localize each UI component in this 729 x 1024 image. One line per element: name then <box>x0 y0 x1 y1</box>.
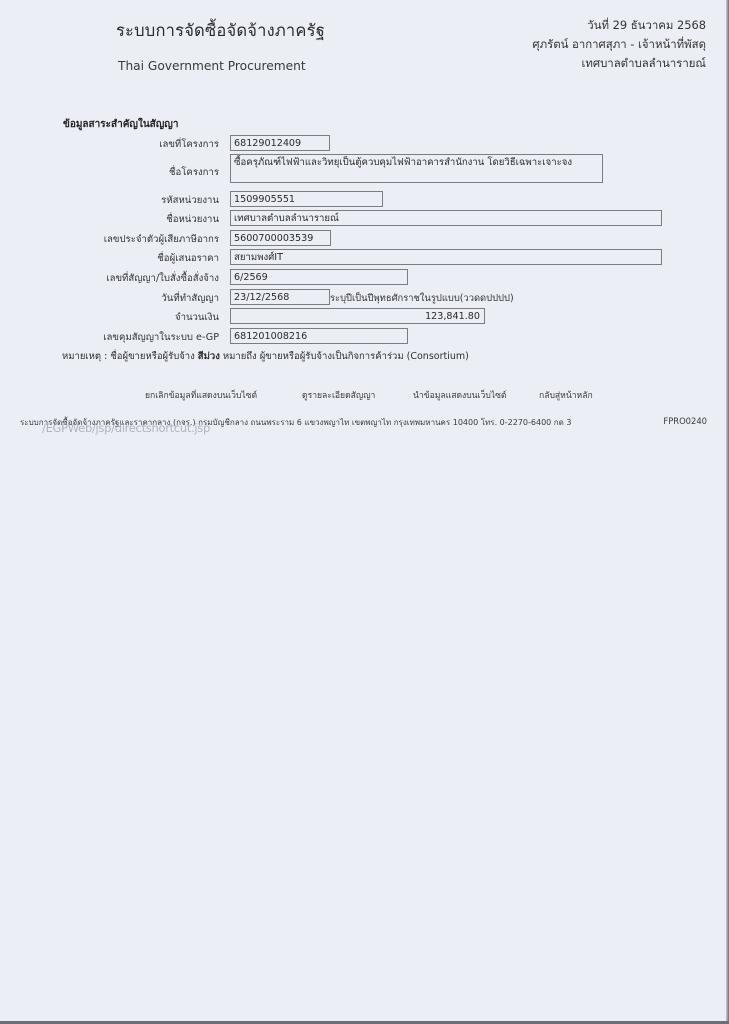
publish-web-display-link[interactable]: นำข้อมูลแสดงบนเว็บไซต์ <box>413 388 507 402</box>
contract-date-field[interactable]: 23/12/2568 <box>230 289 330 305</box>
amount-field[interactable]: 123,841.80 <box>230 308 485 324</box>
officer-name: ศุภรัตน์ อากาศสุภา - เจ้าหน้าที่พัสดุ <box>532 35 706 54</box>
agency-name-field[interactable]: เทศบาลตำบลลำนารายณ์ <box>230 210 662 226</box>
back-to-home-link[interactable]: กลับสู่หน้าหลัก <box>539 388 593 402</box>
form-code: FPRO0240 <box>663 416 707 426</box>
bidder-name-label: ชื่อผู้เสนอราคา <box>157 251 219 266</box>
header-branding: ระบบการจัดซื้อจัดจ้างภาครัฐ Thai Governm… <box>116 18 325 73</box>
view-contract-detail-link[interactable]: ดูรายละเอียดสัญญา <box>302 388 375 402</box>
contract-date-label: วันที่ทำสัญญา <box>161 291 219 306</box>
note-highlight: สีม่วง <box>198 351 220 362</box>
header-user-info: วันที่ 29 ธันวาคม 2568 ศุภรัตน์ อากาศสุภ… <box>532 16 706 73</box>
organization-name: เทศบาลตำบลลำนารายณ์ <box>532 54 706 73</box>
action-bar: ยกเลิกข้อมูลที่แสดงบนเว็บไซต์ ดูรายละเอี… <box>0 388 729 402</box>
section-title: ข้อมูลสาระสำคัญในสัญญา <box>63 117 178 132</box>
footer-url-overlay: /EGPWeb/jsp/directshortcut.jsp <box>42 421 210 435</box>
note-suffix: หมายถึง ผู้ขายหรือผู้รับจ้างเป็นกิจการค้… <box>220 351 469 362</box>
agency-name-label: ชื่อหน่วยงาน <box>166 212 219 227</box>
contract-no-label: เลขที่สัญญา/ใบสั่งซื้อสั่งจ้าง <box>106 271 219 286</box>
agency-code-label: รหัสหน่วยงาน <box>161 193 219 208</box>
project-name-field[interactable]: ซื้อครุภัณฑ์ไฟฟ้าและวิทยุเป็นตู้ควบคุมไฟ… <box>230 154 603 183</box>
amount-label: จำนวนเงิน <box>175 310 219 325</box>
agency-code-field[interactable]: 1509905551 <box>230 191 383 207</box>
project-no-field[interactable]: 68129012409 <box>230 135 330 151</box>
contract-date-hint: ระบุปีเป็นปีพุทธศักราชในรูปแบบ(ววดดปปปป) <box>330 291 514 306</box>
print-date: วันที่ 29 ธันวาคม 2568 <box>532 16 706 35</box>
egp-contract-no-label: เลขคุมสัญญาในระบบ e-GP <box>103 330 219 345</box>
project-name-label: ชื่อโครงการ <box>169 165 219 180</box>
app-subtitle: Thai Government Procurement <box>116 59 325 73</box>
tax-id-label: เลขประจำตัวผู้เสียภาษีอากร <box>104 232 219 247</box>
contract-no-field[interactable]: 6/2569 <box>230 269 408 285</box>
bidder-name-field[interactable]: สยามพงศ์IT <box>230 249 662 265</box>
consortium-note: หมายเหตุ : ชื่อผู้ขายหรือผู้รับจ้าง สีม่… <box>62 349 469 364</box>
cancel-web-display-link[interactable]: ยกเลิกข้อมูลที่แสดงบนเว็บไซต์ <box>145 388 257 402</box>
project-no-label: เลขที่โครงการ <box>159 137 219 152</box>
egp-contract-no-field[interactable]: 681201008216 <box>230 328 408 344</box>
tax-id-field[interactable]: 5600700003539 <box>230 230 331 246</box>
app-title: ระบบการจัดซื้อจัดจ้างภาครัฐ <box>116 18 325 44</box>
note-prefix: หมายเหตุ : ชื่อผู้ขายหรือผู้รับจ้าง <box>62 351 198 362</box>
